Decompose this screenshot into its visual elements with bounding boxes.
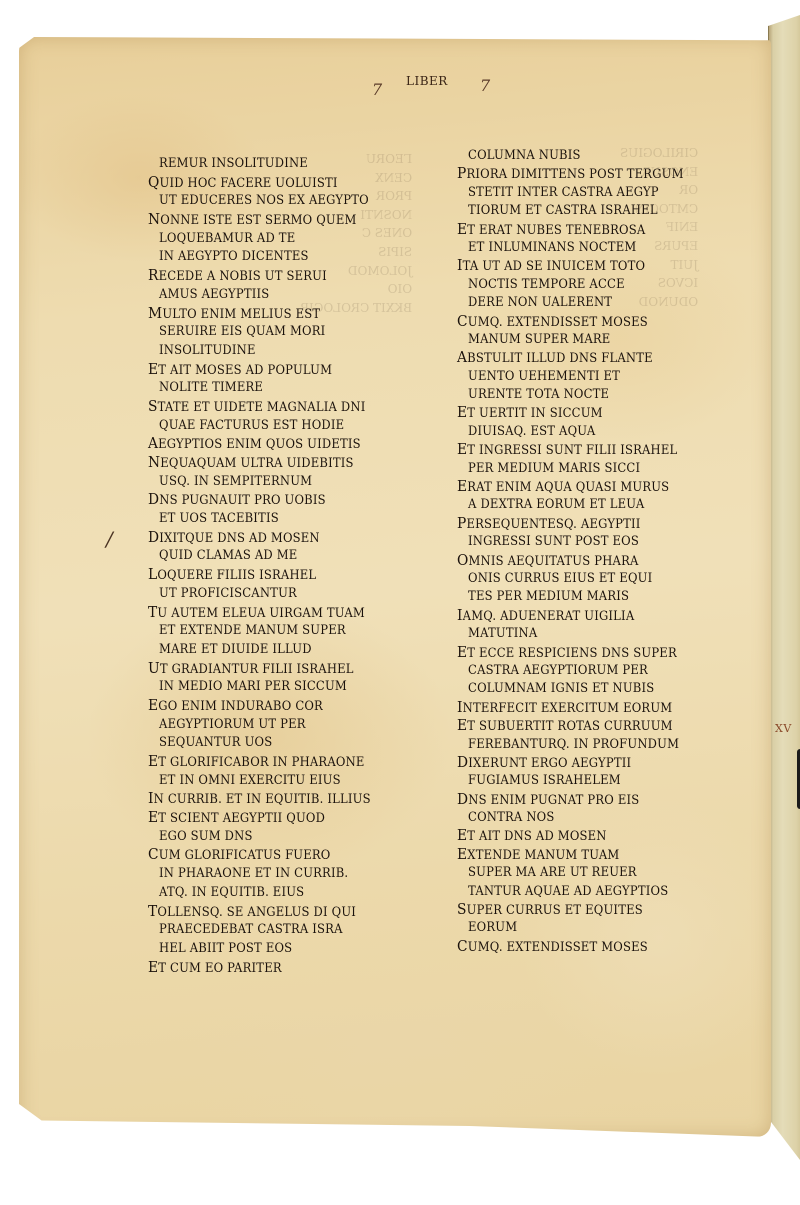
text-line: TU AUTEM ELEUA UIRGAM TUAM [148,603,424,622]
text-line: QUAE FACTURUS EST HODIE [148,416,424,435]
text-line: MARE ET DIUIDE ILLUD [148,640,424,659]
text-line: PRAECEDEBAT CASTRA ISRA [148,920,424,939]
text-line: TIORUM ET CASTRA ISRAHEL [457,201,705,219]
text-line: INGRESSI SUNT POST EOS [457,532,705,550]
running-head-mark-left: 7 [372,80,382,99]
text-line: URENTE TOTA NOCTE [457,385,705,403]
text-line: CONTRA NOS [457,808,705,826]
text-line: COLUMNA NUBIS [457,146,705,164]
text-line: CUM GLORIFICATUS FUERO [148,845,424,864]
adjacent-leaf-edge: XV [768,14,800,1164]
text-line: A DEXTRA EORUM ET LEUA [457,495,705,513]
text-line: DNS ENIM PUGNAT PRO EIS [457,790,705,808]
text-line: STATE ET UIDETE MAGNALIA DNI [148,397,424,416]
text-line: MATUTINA [457,624,705,642]
text-line: ET SUBUERTIT ROTAS CURRUUM [457,716,705,734]
text-line: DIXITQUE DNS AD MOSEN [148,528,424,547]
text-line: NEQUAQUAM ULTRA UIDEBITIS [148,453,424,472]
text-line: DIXERUNT ERGO AEGYPTII [457,753,705,771]
text-line: ET ERAT NUBES TENEBROSA [457,220,705,238]
text-line: ET GLORIFICABOR IN PHARAONE [148,752,424,771]
text-line: OMNIS AEQUITATUS PHARA [457,551,705,569]
running-head: 7 LIBER 7 [370,74,490,98]
quire-signature: XV [775,722,792,735]
text-line: EXTENDE MANUM TUAM [457,845,705,863]
text-line: FEREBANTURQ. IN PROFUNDUM [457,735,705,753]
text-line: ET EXTENDE MANUM SUPER [148,621,424,640]
text-line: EGO SUM DNS [148,827,424,846]
text-line: UT GRADIANTUR FILII ISRAHEL [148,659,424,678]
text-line: SEQUANTUR UOS [148,733,424,752]
text-line: TOLLENSQ. SE ANGELUS DI QUI [148,902,424,921]
text-line: ET ECCE RESPICIENS DNS SUPER [457,643,705,661]
text-line: UENTO UEHEMENTI ET [457,367,705,385]
text-line: ET INGRESSI SUNT FILII ISRAHEL [457,440,705,458]
text-line: PER MEDIUM MARIS SICCI [457,459,705,477]
text-line: ET AIT DNS AD MOSEN [457,826,705,844]
text-line: CUMQ. EXTENDISSET MOSES [457,312,705,330]
text-line: DIUISAQ. EST AQUA [457,422,705,440]
text-line: AEGYPTIOS ENIM QUOS UIDETIS [148,434,424,453]
text-line: RECEDE A NOBIS UT SERUI [148,266,424,285]
text-line: SUPER MA ARE UT REUER [457,863,705,881]
text-line: ET SCIENT AEGYPTII QUOD [148,808,424,827]
text-line: EORUM [457,918,705,936]
text-line: HEL ABIIT POST EOS [148,939,424,958]
text-line: DERE NON UALERENT [457,293,705,311]
text-line: IN PHARAONE ET IN CURRIB. [148,864,424,883]
text-line: PRIORA DIMITTENS POST TERGUM [457,164,705,182]
text-line: STETIT INTER CASTRA AEGYP [457,183,705,201]
text-line: ET AIT MOSES AD POPULUM [148,360,424,379]
text-line: ET INLUMINANS NOCTEM [457,238,705,256]
text-line: MANUM SUPER MARE [457,330,705,348]
text-line: NONNE ISTE EST SERMO QUEM [148,210,424,229]
running-head-title: LIBER [406,74,448,88]
text-line: IAMQ. ADUENERAT UIGILIA [457,606,705,624]
text-line: ERAT ENIM AQUA QUASI MURUS [457,477,705,495]
text-line: ET UERTIT IN SICCUM [457,403,705,421]
text-line: LOQUERE FILIIS ISRAHEL [148,565,424,584]
text-line: IN CURRIB. ET IN EQUITIB. ILLIUS [148,789,424,808]
text-line: COLUMNAM IGNIS ET NUBIS [457,679,705,697]
text-line: IN MEDIO MARI PER SICCUM [148,677,424,696]
margin-annotation: / [106,527,113,551]
text-line: ABSTULIT ILLUD DNS FLANTE [457,348,705,366]
text-line: QUID HOC FACERE UOLUISTI [148,173,424,192]
text-line: USQ. IN SEMPITERNUM [148,472,424,491]
text-line: CUMQ. EXTENDISSET MOSES [457,937,705,955]
text-column-right: COLUMNA NUBISPRIORA DIMITTENS POST TERGU… [457,146,727,955]
text-line: TANTUR AQUAE AD AEGYPTIOS [457,882,705,900]
text-line: INTERFECIT EXERCITUM EORUM [457,698,705,716]
text-line: ET CUM EO PARITER [148,958,424,977]
text-line: AMUS AEGYPTIIS [148,285,424,304]
text-line: QUID CLAMAS AD ME [148,546,424,565]
text-line: FUGIAMUS ISRAHELEM [457,771,705,789]
text-line: PERSEQUENTESQ. AEGYPTII [457,514,705,532]
text-line: SUPER CURRUS ET EQUITES [457,900,705,918]
running-head-mark-right: 7 [480,76,490,95]
text-line: ONIS CURRUS EIUS ET EQUI [457,569,705,587]
text-line: REMUR INSOLITUDINE [148,154,424,173]
text-line: ITA UT AD SE INUICEM TOTO [457,256,705,274]
text-line: ET IN OMNI EXERCITU EIUS [148,771,424,790]
text-line: TES PER MEDIUM MARIS [457,587,705,605]
text-line: UT EDUCERES NOS EX AEGYPTO [148,191,424,210]
text-line: EGO ENIM INDURABO COR [148,696,424,715]
text-line: INSOLITUDINE [148,341,424,360]
text-line: LOQUEBAMUR AD TE [148,229,424,248]
text-line: AEGYPTIORUM UT PER [148,715,424,734]
text-line: ATQ. IN EQUITIB. EIUS [148,883,424,902]
text-line: DNS PUGNAUIT PRO UOBIS [148,490,424,509]
text-line: NOCTIS TEMPORE ACCE [457,275,705,293]
text-line: UT PROFICISCANTUR [148,584,424,603]
text-line: NOLITE TIMERE [148,378,424,397]
text-line: ET UOS TACEBITIS [148,509,424,528]
text-line: SERUIRE EIS QUAM MORI [148,322,424,341]
text-line: CASTRA AEGYPTIORUM PER [457,661,705,679]
text-line: IN AEGYPTO DICENTES [148,247,424,266]
text-line: MULTO ENIM MELIUS EST [148,304,424,323]
text-column-left: REMUR INSOLITUDINEQUID HOC FACERE UOLUIS… [148,154,448,976]
